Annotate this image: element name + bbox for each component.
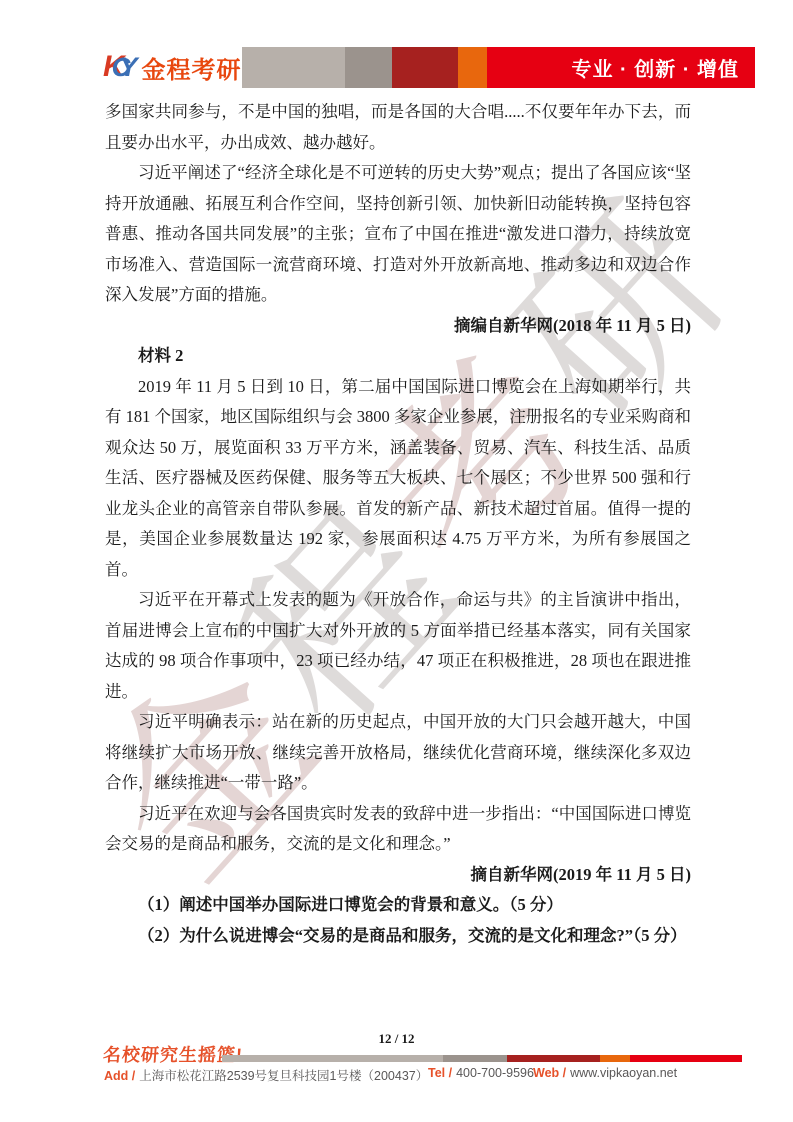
material-2-heading: 材料 2 [105, 341, 691, 372]
footer-segment-dark-red [507, 1055, 600, 1062]
footer-segment-gray-mid [443, 1055, 507, 1062]
contact-website-label: Web / [533, 1066, 566, 1080]
banner-segment-gray-mid [345, 47, 392, 88]
document-body: 多国家共同参与，不是中国的独唱，而是各国的大合唱.....不仅要年年办下去，而且… [105, 97, 691, 951]
footer-contacts: Add /上海市松花江路2539号复旦科技园1号楼（200437） Tel /4… [0, 1066, 793, 1086]
contact-phone: Tel /400-700-9596 [428, 1066, 534, 1080]
logo-letter-y: Y [119, 54, 137, 81]
brand-logo: K C Y 金程考研 [103, 46, 241, 88]
paragraph: 2019 年 11 月 5 日到 10 日，第二届中国国际进口博览会在上海如期举… [105, 372, 691, 586]
banner-segment-gray-light [242, 47, 345, 88]
footer-segment-gray-light [222, 1055, 443, 1062]
banner-slogan: 专业 · 创新 · 增值 [571, 53, 755, 82]
banner-segment-dark-red [392, 47, 458, 88]
question-2: （2）为什么说进博会“交易的是商品和服务，交流的是文化和理念?”（5 分） [105, 921, 691, 952]
contact-address-value: 上海市松花江路2539号复旦科技园1号楼（200437） [139, 1069, 428, 1083]
contact-website: Web /www.vipkaoyan.net [533, 1066, 677, 1080]
source-citation-2018: 摘编自新华网(2018 年 11 月 5 日) [105, 311, 691, 342]
paragraph: 习近平在开幕式上发表的题为《开放合作，命运与共》的主旨演讲中指出，首届进博会上宣… [105, 585, 691, 707]
paragraph-continuation: 多国家共同参与，不是中国的独唱，而是各国的大合唱.....不仅要年年办下去，而且… [105, 97, 691, 158]
banner-segment-red: 专业 · 创新 · 增值 [487, 47, 755, 88]
footer-divider-bar [222, 1055, 742, 1062]
banner-segment-orange [458, 47, 487, 88]
contact-phone-label: Tel / [428, 1066, 452, 1080]
question-1: （1）阐述中国举办国际进口博览会的背景和意义。（5 分） [105, 890, 691, 921]
footer-tagline: 名校研究生摇篮! [102, 1041, 244, 1067]
footer-segment-red [630, 1055, 742, 1062]
logo-brand-text: 金程考研 [141, 50, 241, 85]
paragraph: 习近平明确表示：站在新的历史起点，中国开放的大门只会越开越大，中国将继续扩大市场… [105, 707, 691, 799]
document-page: K C Y 金程考研 专业 · 创新 · 增值 金程考研 多国家共同参与，不是中… [0, 0, 793, 1122]
paragraph: 习近平阐述了“经济全球化是不可逆转的历史大势”观点；提出了各国应该“坚持开放通融… [105, 158, 691, 311]
footer-segment-orange [600, 1055, 630, 1062]
paragraph: 习近平在欢迎与会各国贵宾时发表的致辞中进一步指出：“中国国际进口博览会交易的是商… [105, 799, 691, 860]
contact-website-value: www.vipkaoyan.net [570, 1066, 677, 1080]
header-banner: 专业 · 创新 · 增值 [242, 47, 755, 88]
contact-address-label: Add / [104, 1069, 135, 1083]
source-citation-2019: 摘自新华网(2019 年 11 月 5 日) [105, 860, 691, 891]
contact-address: Add /上海市松花江路2539号复旦科技园1号楼（200437） [104, 1066, 428, 1084]
contact-phone-value: 400-700-9596 [456, 1066, 534, 1080]
